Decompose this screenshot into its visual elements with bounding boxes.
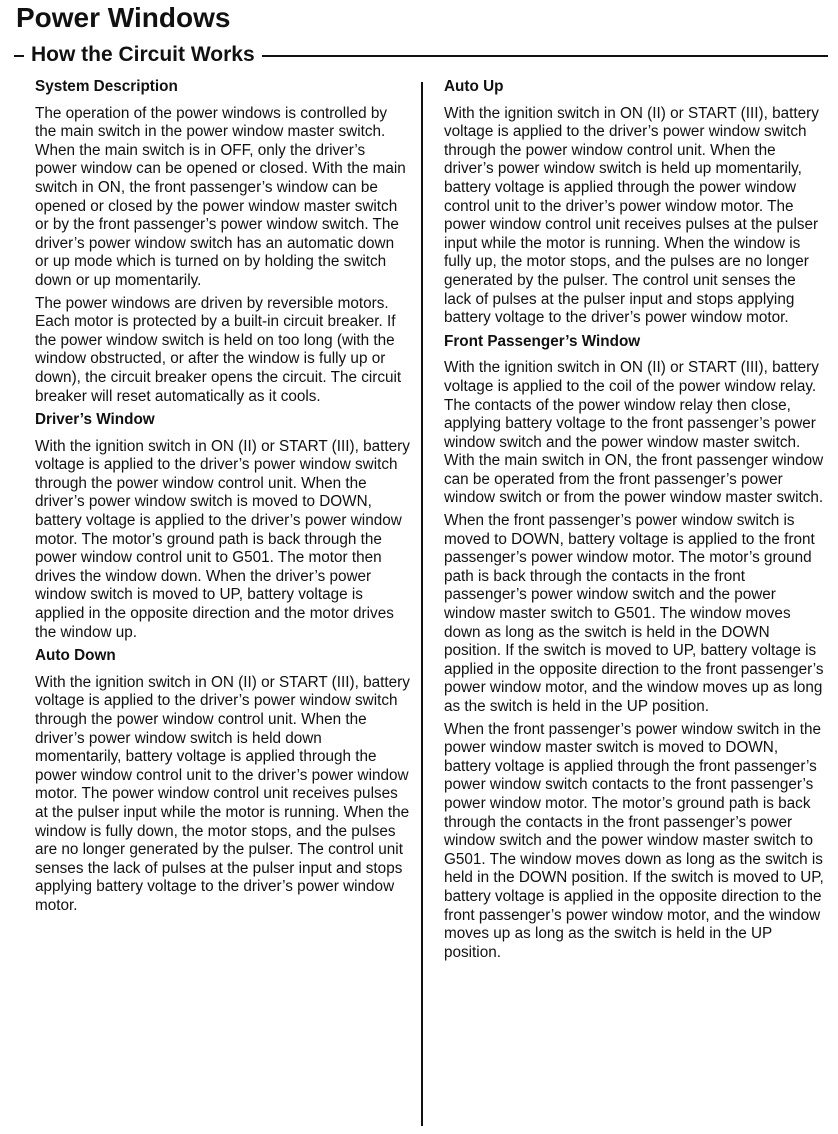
section-heading: System Description [35,78,410,97]
paragraph: When the front passenger’s power window … [444,721,824,963]
paragraph: With the ignition switch in ON (II) or S… [444,359,824,508]
paragraph: With the ignition switch in ON (II) or S… [444,105,824,328]
section-drivers-window: Driver’s Window With the ignition switch… [35,411,410,642]
section-heading: Auto Down [35,647,410,666]
section-header: How the Circuit Works [14,40,828,70]
paragraph: The power windows are driven by reversib… [35,295,410,407]
section-auto-up: Auto Up With the ignition switch in ON (… [444,78,824,328]
section-dash-divider [14,55,24,57]
section-title: How the Circuit Works [31,40,255,70]
section-rule-divider [262,55,828,57]
section-system-description: System Description The operation of the … [35,78,410,406]
right-column: Auto Up With the ignition switch in ON (… [444,78,824,966]
section-front-passengers-window: Front Passenger’s Window With the igniti… [444,333,824,963]
paragraph: When the front passenger’s power window … [444,512,824,717]
paragraph: With the ignition switch in ON (II) or S… [35,438,410,643]
page-title: Power Windows [16,0,230,36]
section-auto-down: Auto Down With the ignition switch in ON… [35,647,410,915]
section-heading: Front Passenger’s Window [444,333,824,352]
paragraph: The operation of the power windows is co… [35,105,410,291]
paragraph: With the ignition switch in ON (II) or S… [35,674,410,916]
column-divider [421,82,423,1126]
left-column: System Description The operation of the … [35,78,410,920]
section-heading: Auto Up [444,78,824,97]
section-heading: Driver’s Window [35,411,410,430]
